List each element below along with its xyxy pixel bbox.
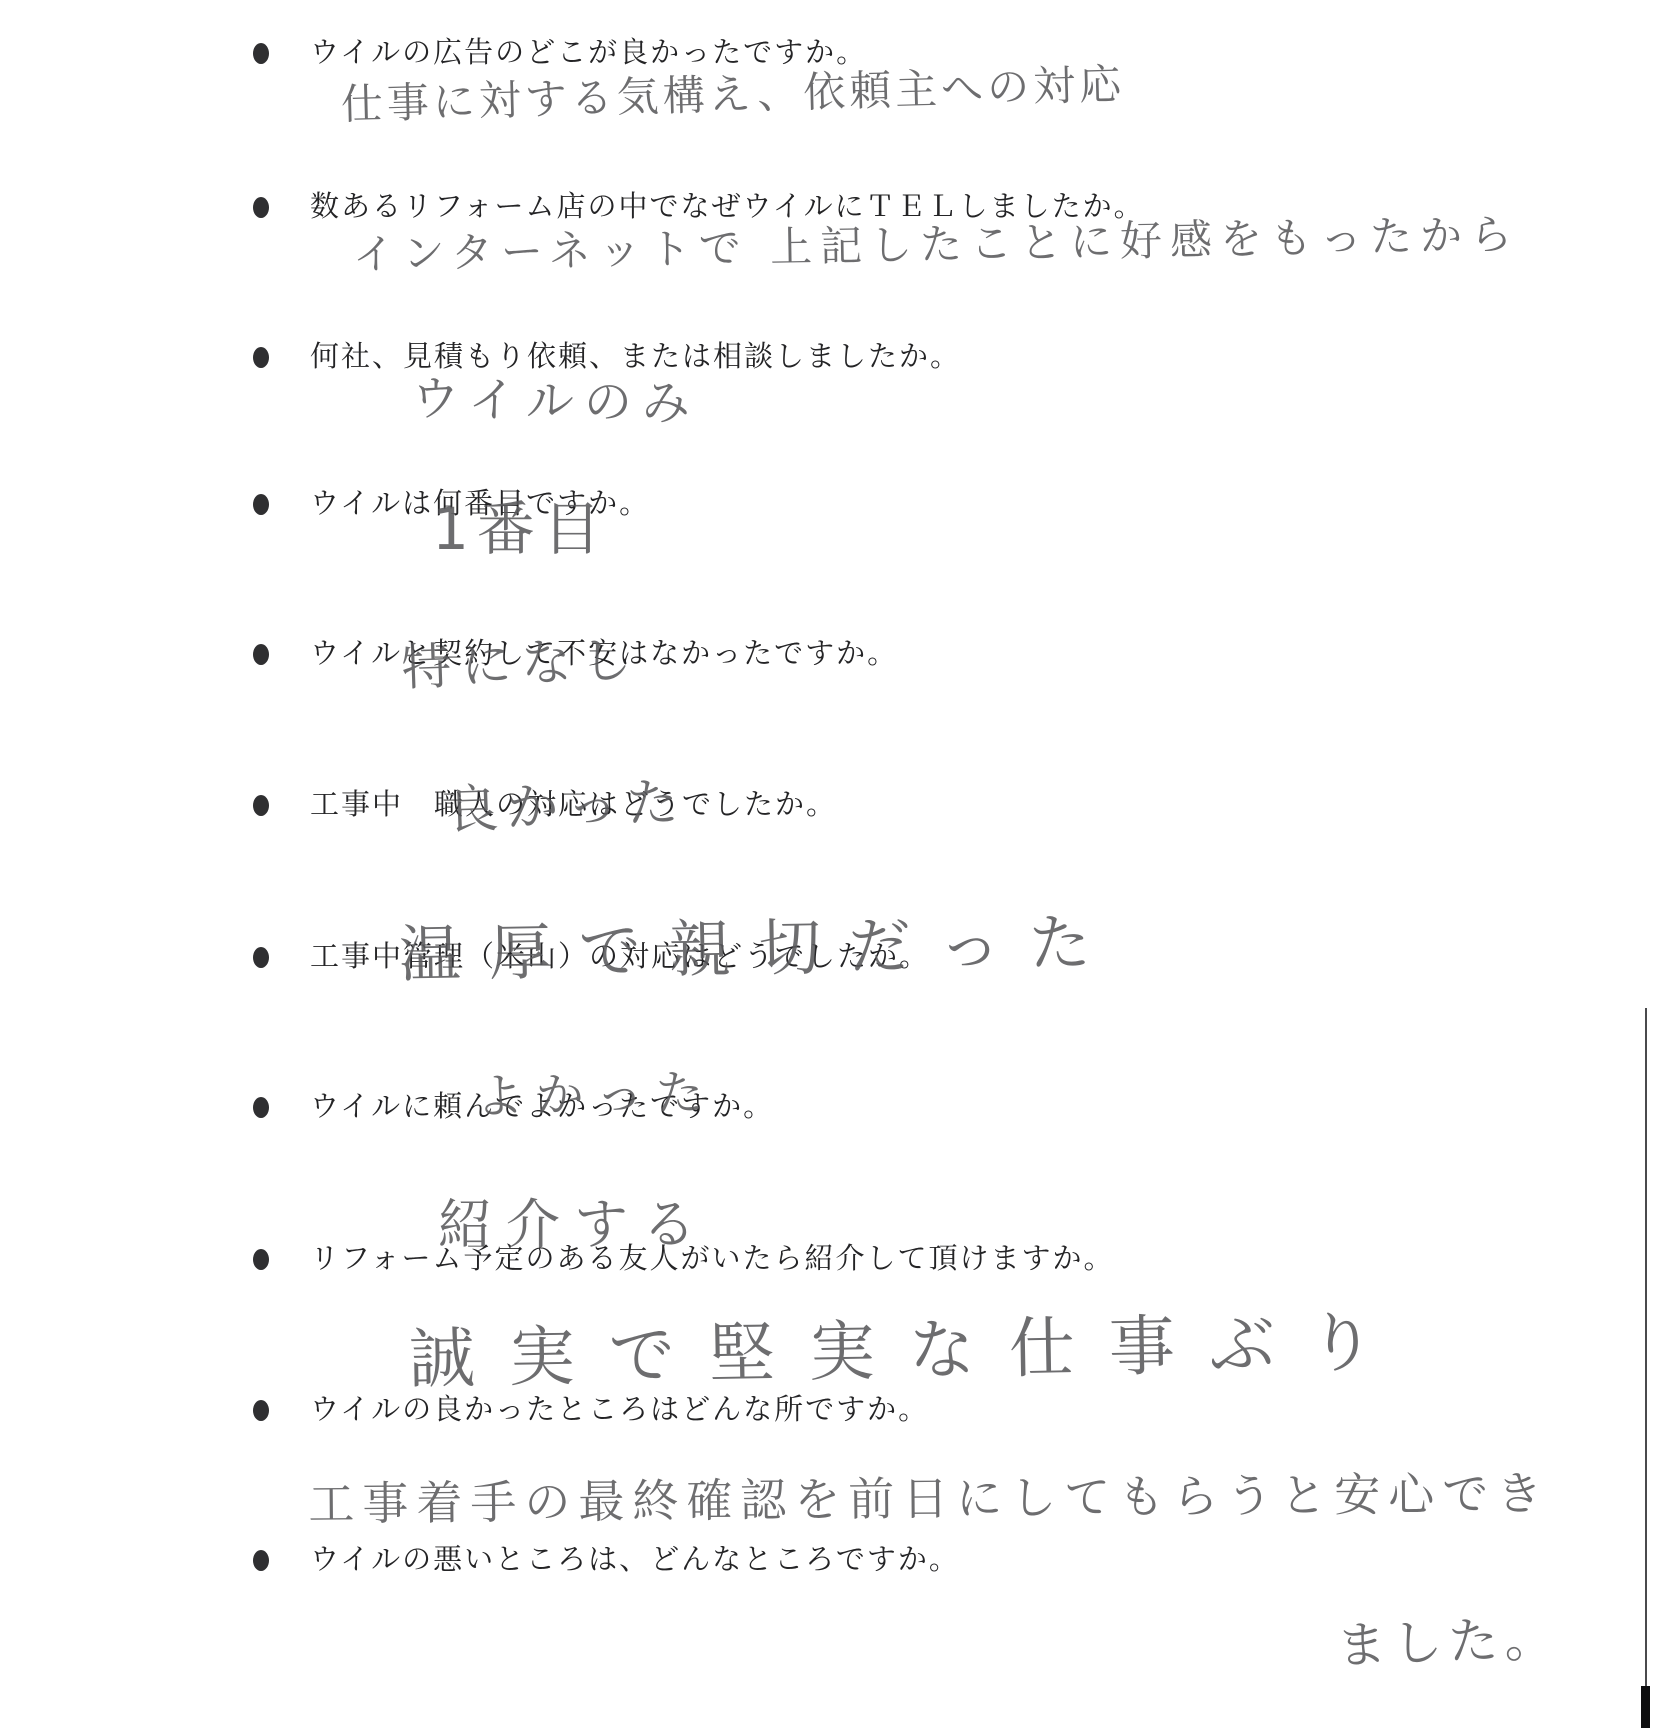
bullet-icon [253,494,269,515]
bullet-icon [253,1097,269,1118]
bullet-icon [253,644,269,665]
bullet-icon [253,197,269,218]
handwritten-answer: 1番目 [432,482,609,566]
bullet-icon [253,1400,269,1421]
question-text: ウイルの悪いところは、どんなところですか。 [310,1544,960,1577]
question-text: ウイルの良かったところはどんな所ですか。 [310,1394,929,1427]
bullet-icon [253,347,269,368]
scan-artifact-bar [1641,1686,1650,1728]
handwritten-answer: 温厚で親切だった [398,892,1119,994]
survey-page: ウイルの広告のどこが良かったですか。 仕事に対する気構え、依頼主への対応 数ある… [0,0,1653,1728]
handwritten-answer: 紹介する [438,1182,710,1259]
question-row: ウイルの悪いところは、どんなところですか。 [0,1544,960,1577]
question-text: リフォーム予定のある友人がいたら紹介して頂けますか。 [310,1243,1115,1276]
handwritten-answer: 誠実で堅実な仕事ぶり [408,1289,1410,1401]
bullet-icon [253,1249,269,1270]
bullet-icon [253,1550,269,1571]
handwritten-answer-continuation: ました。 [1335,1598,1561,1678]
handwritten-answer: 工事着手の最終確認を前日にしてもらうと安心でき [308,1457,1551,1534]
bullet-icon [253,43,269,64]
scan-artifact-line [1645,1008,1647,1688]
handwritten-answer: よかった [475,1054,716,1127]
handwritten-answer: 良かった [445,760,687,843]
question-row: 工事中 職人の対応はどうでしたか。 [0,789,837,822]
bullet-icon [253,947,269,968]
handwritten-answer: ウイルのみ [411,360,701,434]
bullet-icon [253,795,269,816]
handwritten-answer: 特になし [400,620,642,700]
